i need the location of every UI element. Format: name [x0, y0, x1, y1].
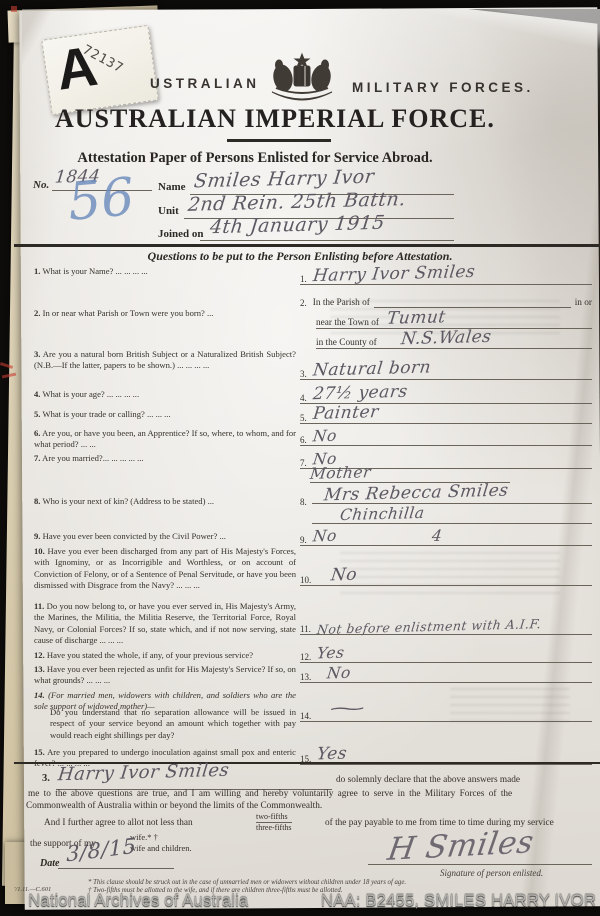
question-12: 12. Have you stated the whole, if any, o…: [34, 650, 296, 661]
answer-14: 14.~: [300, 701, 592, 722]
answer-8-line3: Chinchilla: [312, 504, 592, 524]
signature-caption: Signature of person enlisted.: [440, 868, 543, 878]
archive-watermark-right: NAA: B2455, SMILES HARRY IVOR: [321, 891, 596, 911]
answer-2-town: near the Town of Tumut: [316, 308, 592, 329]
coat-of-arms-icon: [266, 52, 338, 110]
answer-8-line1: Mother: [310, 463, 510, 483]
question-2: 2. In or near what Parish or Town were y…: [34, 308, 296, 319]
revised-number-blue: 56: [66, 167, 137, 233]
title-underline: [227, 139, 331, 142]
header-military-forces-text: MILITARY FORCES.: [352, 80, 534, 95]
declaration-tail: do solemnly declare that the above answe…: [336, 775, 520, 785]
answer-2-parish: 2. In the Parish of in or: [300, 293, 592, 308]
no-label: No.: [33, 179, 49, 191]
question-10: 10. Have you ever been discharged from a…: [34, 546, 296, 591]
answer-13: 13.No: [300, 661, 592, 683]
answer-9: 9.No 4: [300, 525, 592, 546]
signature-handwritten: H Smiles: [388, 828, 534, 864]
declaration-line2: me to the above questions are true, and …: [28, 789, 594, 799]
question-3: 3. Are you a natural born British Subjec…: [34, 349, 296, 372]
answer-12: 12.Yes: [300, 641, 592, 663]
allotment-fraction: two-fifths three-fifths: [256, 812, 292, 833]
page-title: AUSTRALIAN IMPERIAL FORCE.: [55, 104, 455, 134]
answer-1: 1.Harry Ivor Smiles: [300, 261, 592, 285]
answer-3: 3.Natural born: [300, 356, 592, 380]
unit-value: 2nd Rein. 25th Battn.: [188, 191, 406, 213]
date-value-handwritten: 3/8/15: [66, 838, 137, 862]
archive-watermark-left: National Archives of Australia: [28, 891, 248, 911]
joined-on-value: 4th January 1915: [210, 214, 385, 236]
page-subtitle: Attestation Paper of Persons Enlisted fo…: [55, 150, 455, 167]
question-1: 1. What is your Name? ... ... ... ...: [34, 266, 296, 277]
answer-8-number: 8.: [300, 497, 307, 507]
question-11: 11. Do you now belong to, or have you ev…: [34, 601, 296, 646]
unit-label: Unit: [158, 205, 179, 217]
question-4: 4. What is your age? ... ... ... ...: [34, 389, 296, 400]
scanned-document: A 72137 USTRALIAN MILITARY FORCES. AUSTR…: [0, 0, 600, 916]
declaration-line3: Commonwealth of Australia within or beyo…: [26, 801, 322, 811]
joined-on-label: Joined on: [158, 228, 204, 240]
question-8: 8. Who is your next of kin? (Address to …: [34, 496, 296, 507]
question-6: 6. Are you, or have you been, an Apprent…: [34, 428, 296, 451]
question-13: 13. Have you ever been rejected as unfit…: [34, 664, 296, 687]
allotment-lead: And I further agree to allot not less th…: [44, 818, 193, 828]
header-australian-text: USTRALIAN: [150, 76, 260, 91]
answer-4: 4.27½ years: [300, 382, 592, 404]
footnote-1: * This clause should be struck out in th…: [88, 879, 406, 886]
answer-10: 10.No: [300, 563, 592, 586]
answer-6: 6.No: [300, 425, 592, 446]
answer-11: 11.Not before enlistment with A.I.F.: [300, 610, 592, 635]
question-7: 7. Are you married?... ... ... ... ...: [34, 453, 296, 464]
answer-8-line2: Mrs Rebecca Smiles: [312, 483, 592, 504]
name-label: Name: [158, 181, 186, 193]
red-pencil-mark: [11, 6, 17, 12]
answer-5: 5.Painter: [300, 403, 592, 424]
question-5: 5. What is your trade or calling? ... ..…: [34, 409, 296, 420]
section-divider: [14, 244, 600, 247]
answer-9-stray-mark: 4: [431, 527, 443, 545]
declaration-name-handwritten: Harry Ivor Smiles: [58, 762, 229, 783]
name-value: Smiles Harry Ivor: [194, 168, 374, 190]
series-label-sticker: A 72137: [41, 25, 159, 115]
question-14: Do you understand that no separation all…: [50, 707, 296, 741]
answer-2-county: in the County of N.S.Wales: [316, 328, 592, 349]
question-9: 9. Have you ever been convicted by the C…: [34, 531, 296, 542]
date-label: Date: [40, 858, 59, 869]
allotment-wife-options: wife.* † wife and children.: [130, 832, 192, 853]
declaration-number: 3.: [42, 773, 50, 784]
